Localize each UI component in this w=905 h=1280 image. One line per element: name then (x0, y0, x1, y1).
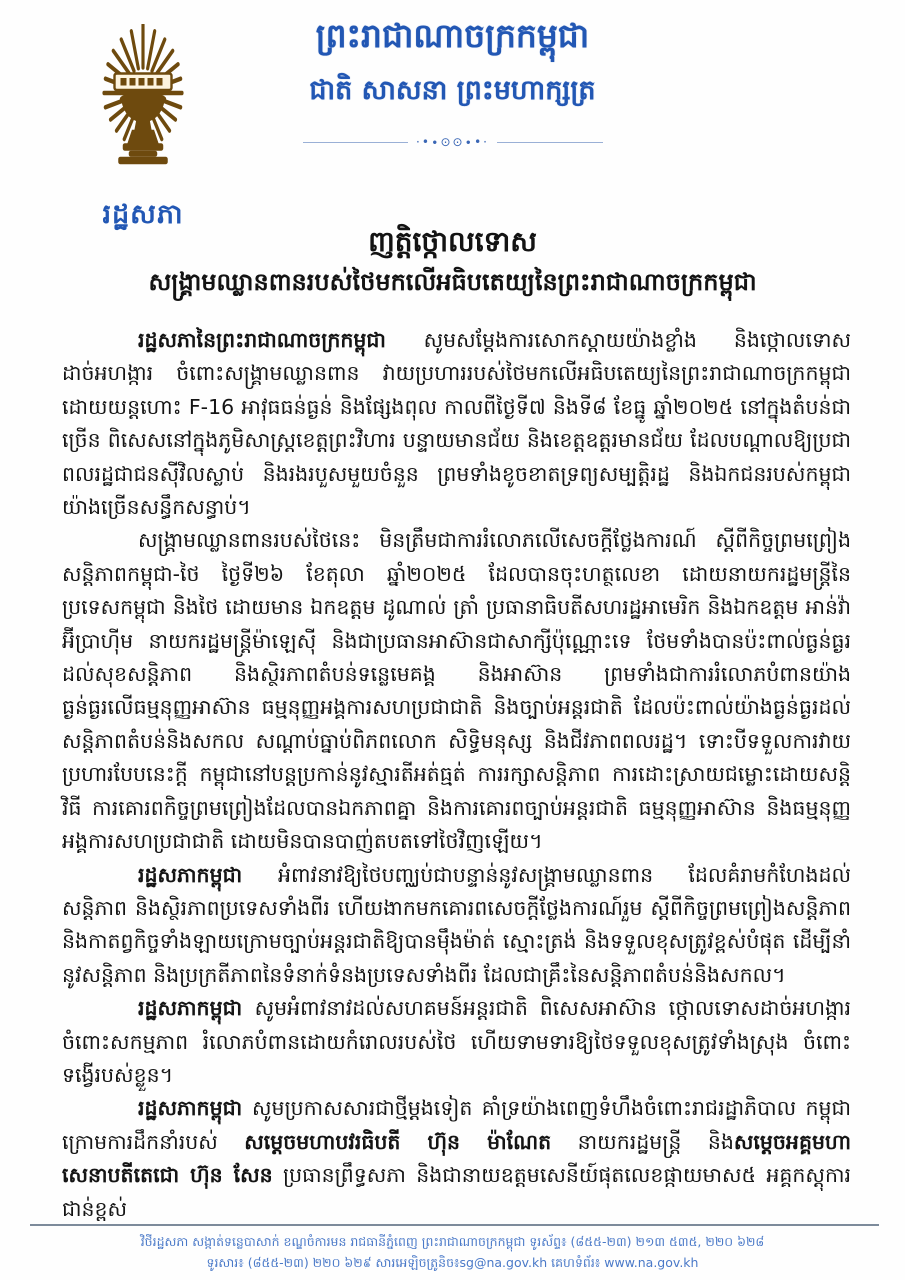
document-page: រដ្ឋសភា ព្រះរាជាណាចក្រកម្ពុជា ជាតិ សាសនា… (0, 0, 905, 1280)
paragraph-bold-text: រដ្ឋសភាកម្ពុជា (138, 1096, 252, 1120)
document-body: រដ្ឋសភានៃព្រះរាជាណាចក្រកម្ពុជា សូមសម្ដែង… (62, 324, 851, 1226)
body-paragraph: រដ្ឋសភាកម្ពុជា អំពាវនាវឱ្យថៃបញ្ឈប់ជាបន្ទ… (62, 859, 851, 993)
document-footer: វិថីរដ្ឋសភា សង្កាត់ទន្លេបាសាក់ ខណ្ឌចំការ… (0, 1231, 905, 1273)
footer-address-line: វិថីរដ្ឋសភា សង្កាត់ទន្លេបាសាក់ ខណ្ឌចំការ… (0, 1231, 905, 1252)
ornament-divider: ·•∙⊙⊙∙•· (303, 135, 603, 149)
paragraph-text: សង្គ្រាមឈ្លានពានរបស់ថៃនេះ មិនត្រឹមជាការរ… (62, 528, 851, 853)
paragraph-bold-text: សម្ដេចមហាបវរធិបតី ហ៊ុន ម៉ាណែត (244, 1130, 551, 1154)
title-line-2: សង្គ្រាមឈ្លានពានរបស់ថៃមកលើអធិបតេយ្យនៃព្រ… (0, 262, 905, 302)
divider-line-left (303, 142, 409, 143)
kingdom-title: ព្រះរាជាណាចក្រកម្ពុជា (0, 16, 905, 64)
paragraph-bold-text: រដ្ឋសភាកម្ពុជា (138, 996, 255, 1020)
national-motto: ជាតិ សាសនា ព្រះមហាក្សត្រ (0, 74, 905, 113)
divider-line-right (497, 142, 603, 143)
footer-contact-line: ទូរសារ៖ (៨៥៥-២៣) ២២០ ៦២៩ សារអេឡិចត្រូនិច… (0, 1252, 905, 1273)
divider-ornament-icon: ·•∙⊙⊙∙•· (408, 135, 497, 149)
body-paragraph: រដ្ឋសភាកម្ពុជា សូមអំពាវនាវដល់សហគមន៍អន្តរ… (62, 992, 851, 1092)
paragraph-text: សូមសម្ដែងការសោកស្ដាយយ៉ាងខ្លាំង និងថ្កោលទ… (62, 328, 851, 519)
paragraph-bold-text: រដ្ឋសភាកម្ពុជា (138, 863, 278, 887)
paragraph-text: នាយករដ្ឋមន្ត្រី និង (551, 1130, 734, 1154)
document-header: ព្រះរាជាណាចក្រកម្ពុជា ជាតិ សាសនា ព្រះមហា… (0, 0, 905, 149)
body-paragraph: សង្គ្រាមឈ្លានពានរបស់ថៃនេះ មិនត្រឹមជាការរ… (62, 524, 851, 858)
paragraph-bold-text: រដ្ឋសភានៃព្រះរាជាណាចក្រកម្ពុជា (138, 328, 424, 352)
body-paragraph: រដ្ឋសភានៃព្រះរាជាណាចក្រកម្ពុជា សូមសម្ដែង… (62, 324, 851, 524)
document-title: ញត្តិថ្កោលទោស សង្គ្រាមឈ្លានពានរបស់ថៃមកលើ… (0, 222, 905, 302)
body-paragraph: រដ្ឋសភាកម្ពុជា សូមប្រកាសសារជាថ្មីម្ដងទៀត… (62, 1092, 851, 1226)
title-line-1: ញត្តិថ្កោលទោស (0, 222, 905, 262)
footer-rule (30, 1224, 879, 1226)
